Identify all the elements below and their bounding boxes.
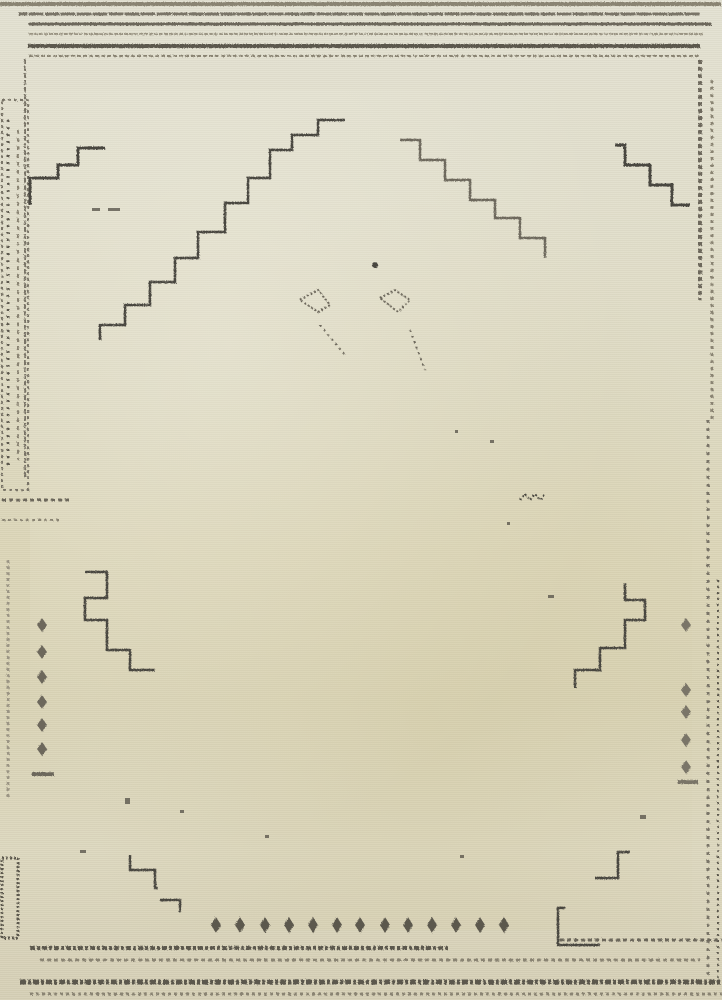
left-diamond-column [32,618,54,776]
top-border-bands [0,4,722,480]
right-diamond-column [678,618,698,784]
right-side-border [700,60,718,980]
rug-motifs [0,0,722,1000]
left-side-border [2,100,70,938]
upper-right-corner-step [615,145,690,205]
lower-left-stepped-line [85,572,155,670]
bottom-corner-steps [130,852,630,945]
bottom-diamond-row [211,917,509,933]
scattered-specks [80,208,646,858]
upper-right-stepped-line [400,140,545,258]
center-medallion-faint [300,262,545,500]
upper-left-stepped-line [100,120,345,340]
bottom-border-bands [20,940,722,994]
upper-left-corner-step [30,148,105,205]
rug-photo [0,0,722,1000]
lower-right-stepped-line [575,583,645,688]
